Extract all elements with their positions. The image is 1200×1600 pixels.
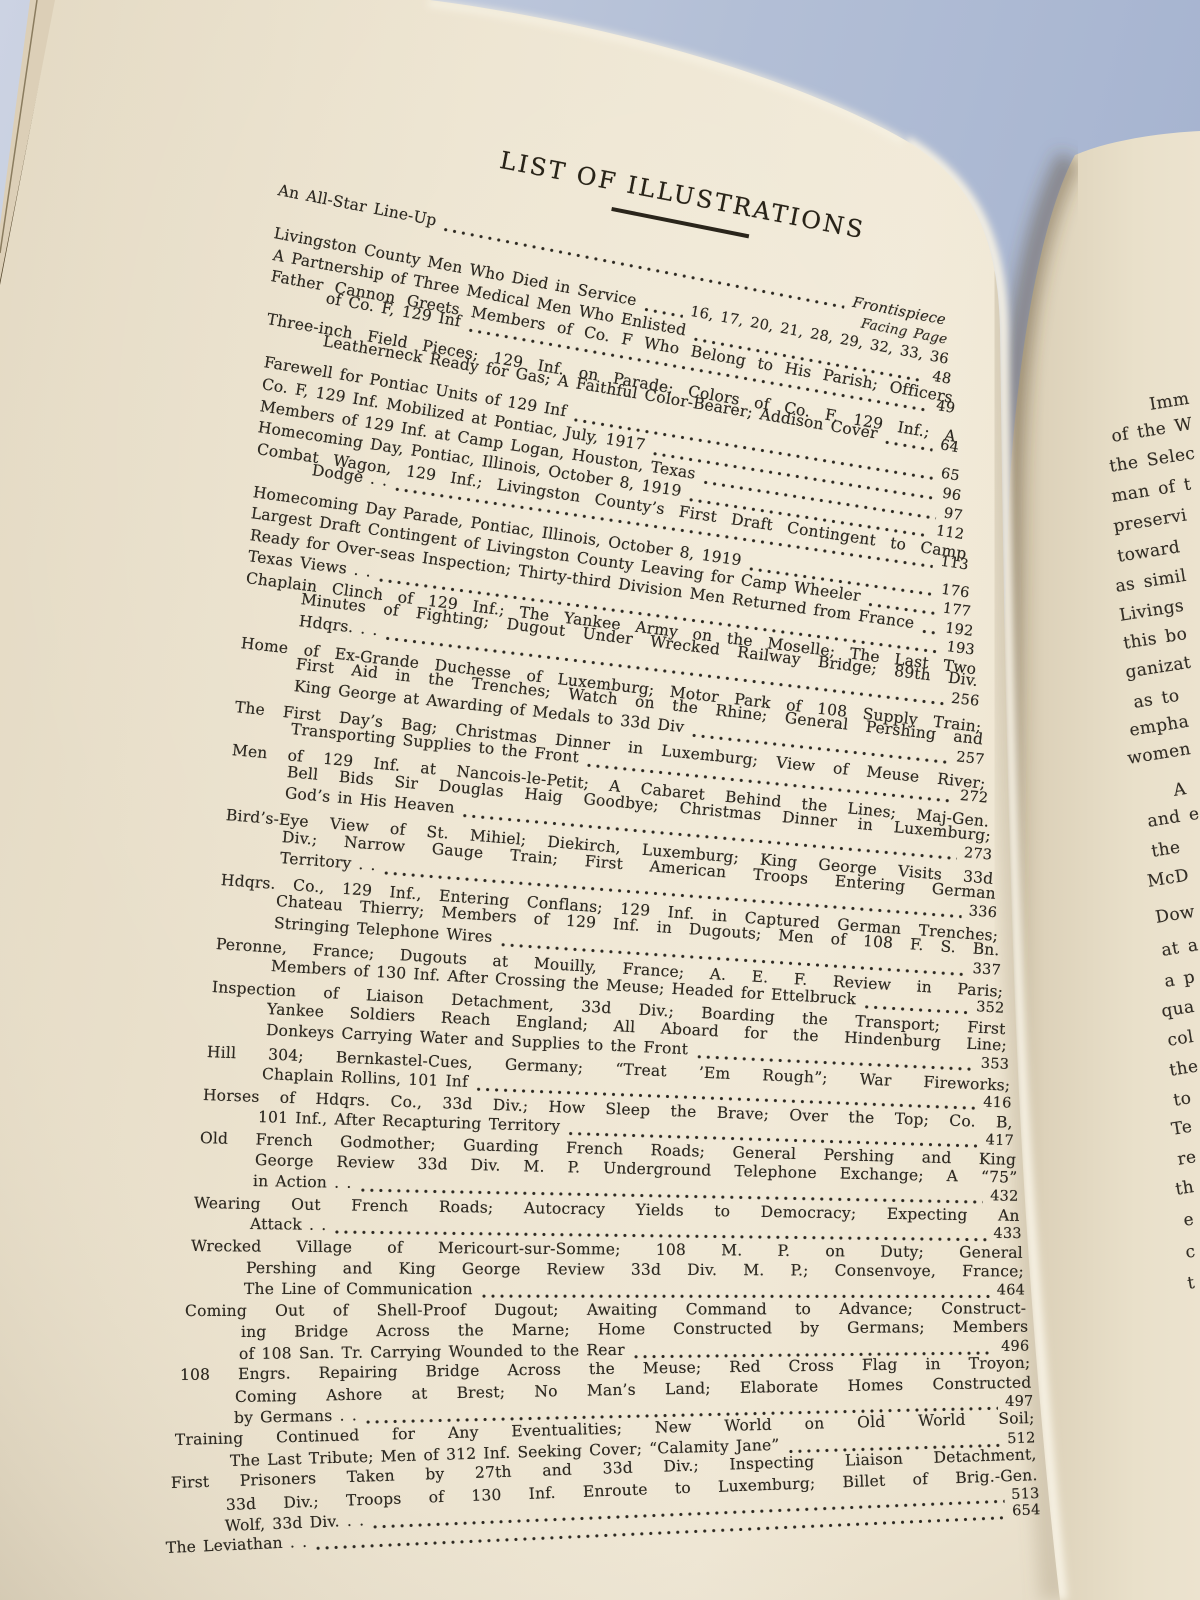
toc-page-number: 416 bbox=[983, 1092, 1012, 1114]
facing-page-line-fragment: Te bbox=[1170, 1117, 1194, 1140]
toc-entry-text: Attack . . bbox=[249, 1214, 326, 1236]
toc-page-number: 337 bbox=[972, 959, 1002, 982]
toc-entry-text: in Action . . bbox=[253, 1171, 352, 1194]
book-photo: LIST OF ILLUSTRATIONS An All-Star Line-U… bbox=[0, 0, 1200, 1600]
facing-page-line-fragment: A bbox=[1172, 779, 1188, 801]
toc-page-number: 654 bbox=[1012, 1500, 1041, 1522]
toc-page-number: 353 bbox=[980, 1054, 1009, 1076]
toc-page-number: 113 bbox=[939, 552, 970, 577]
toc-page-number: 257 bbox=[955, 747, 985, 771]
toc-page-number: 272 bbox=[958, 786, 988, 810]
toc-page-number: 336 bbox=[968, 901, 998, 924]
facing-page-line-fragment: th bbox=[1174, 1177, 1195, 1200]
toc-page-number: 256 bbox=[950, 689, 981, 713]
facing-page-line-fragment: to bbox=[1172, 1088, 1193, 1111]
toc-page-number: 352 bbox=[975, 997, 1004, 1020]
toc-page-number: 64 bbox=[938, 435, 960, 459]
toc-page-number: 273 bbox=[963, 844, 993, 867]
toc-entry-text: The Line of Communication bbox=[244, 1279, 473, 1300]
facing-page-line-fragment: re bbox=[1176, 1147, 1198, 1170]
facing-page-line-fragment: col bbox=[1166, 1027, 1195, 1051]
toc-page-number: 49 bbox=[935, 396, 957, 420]
